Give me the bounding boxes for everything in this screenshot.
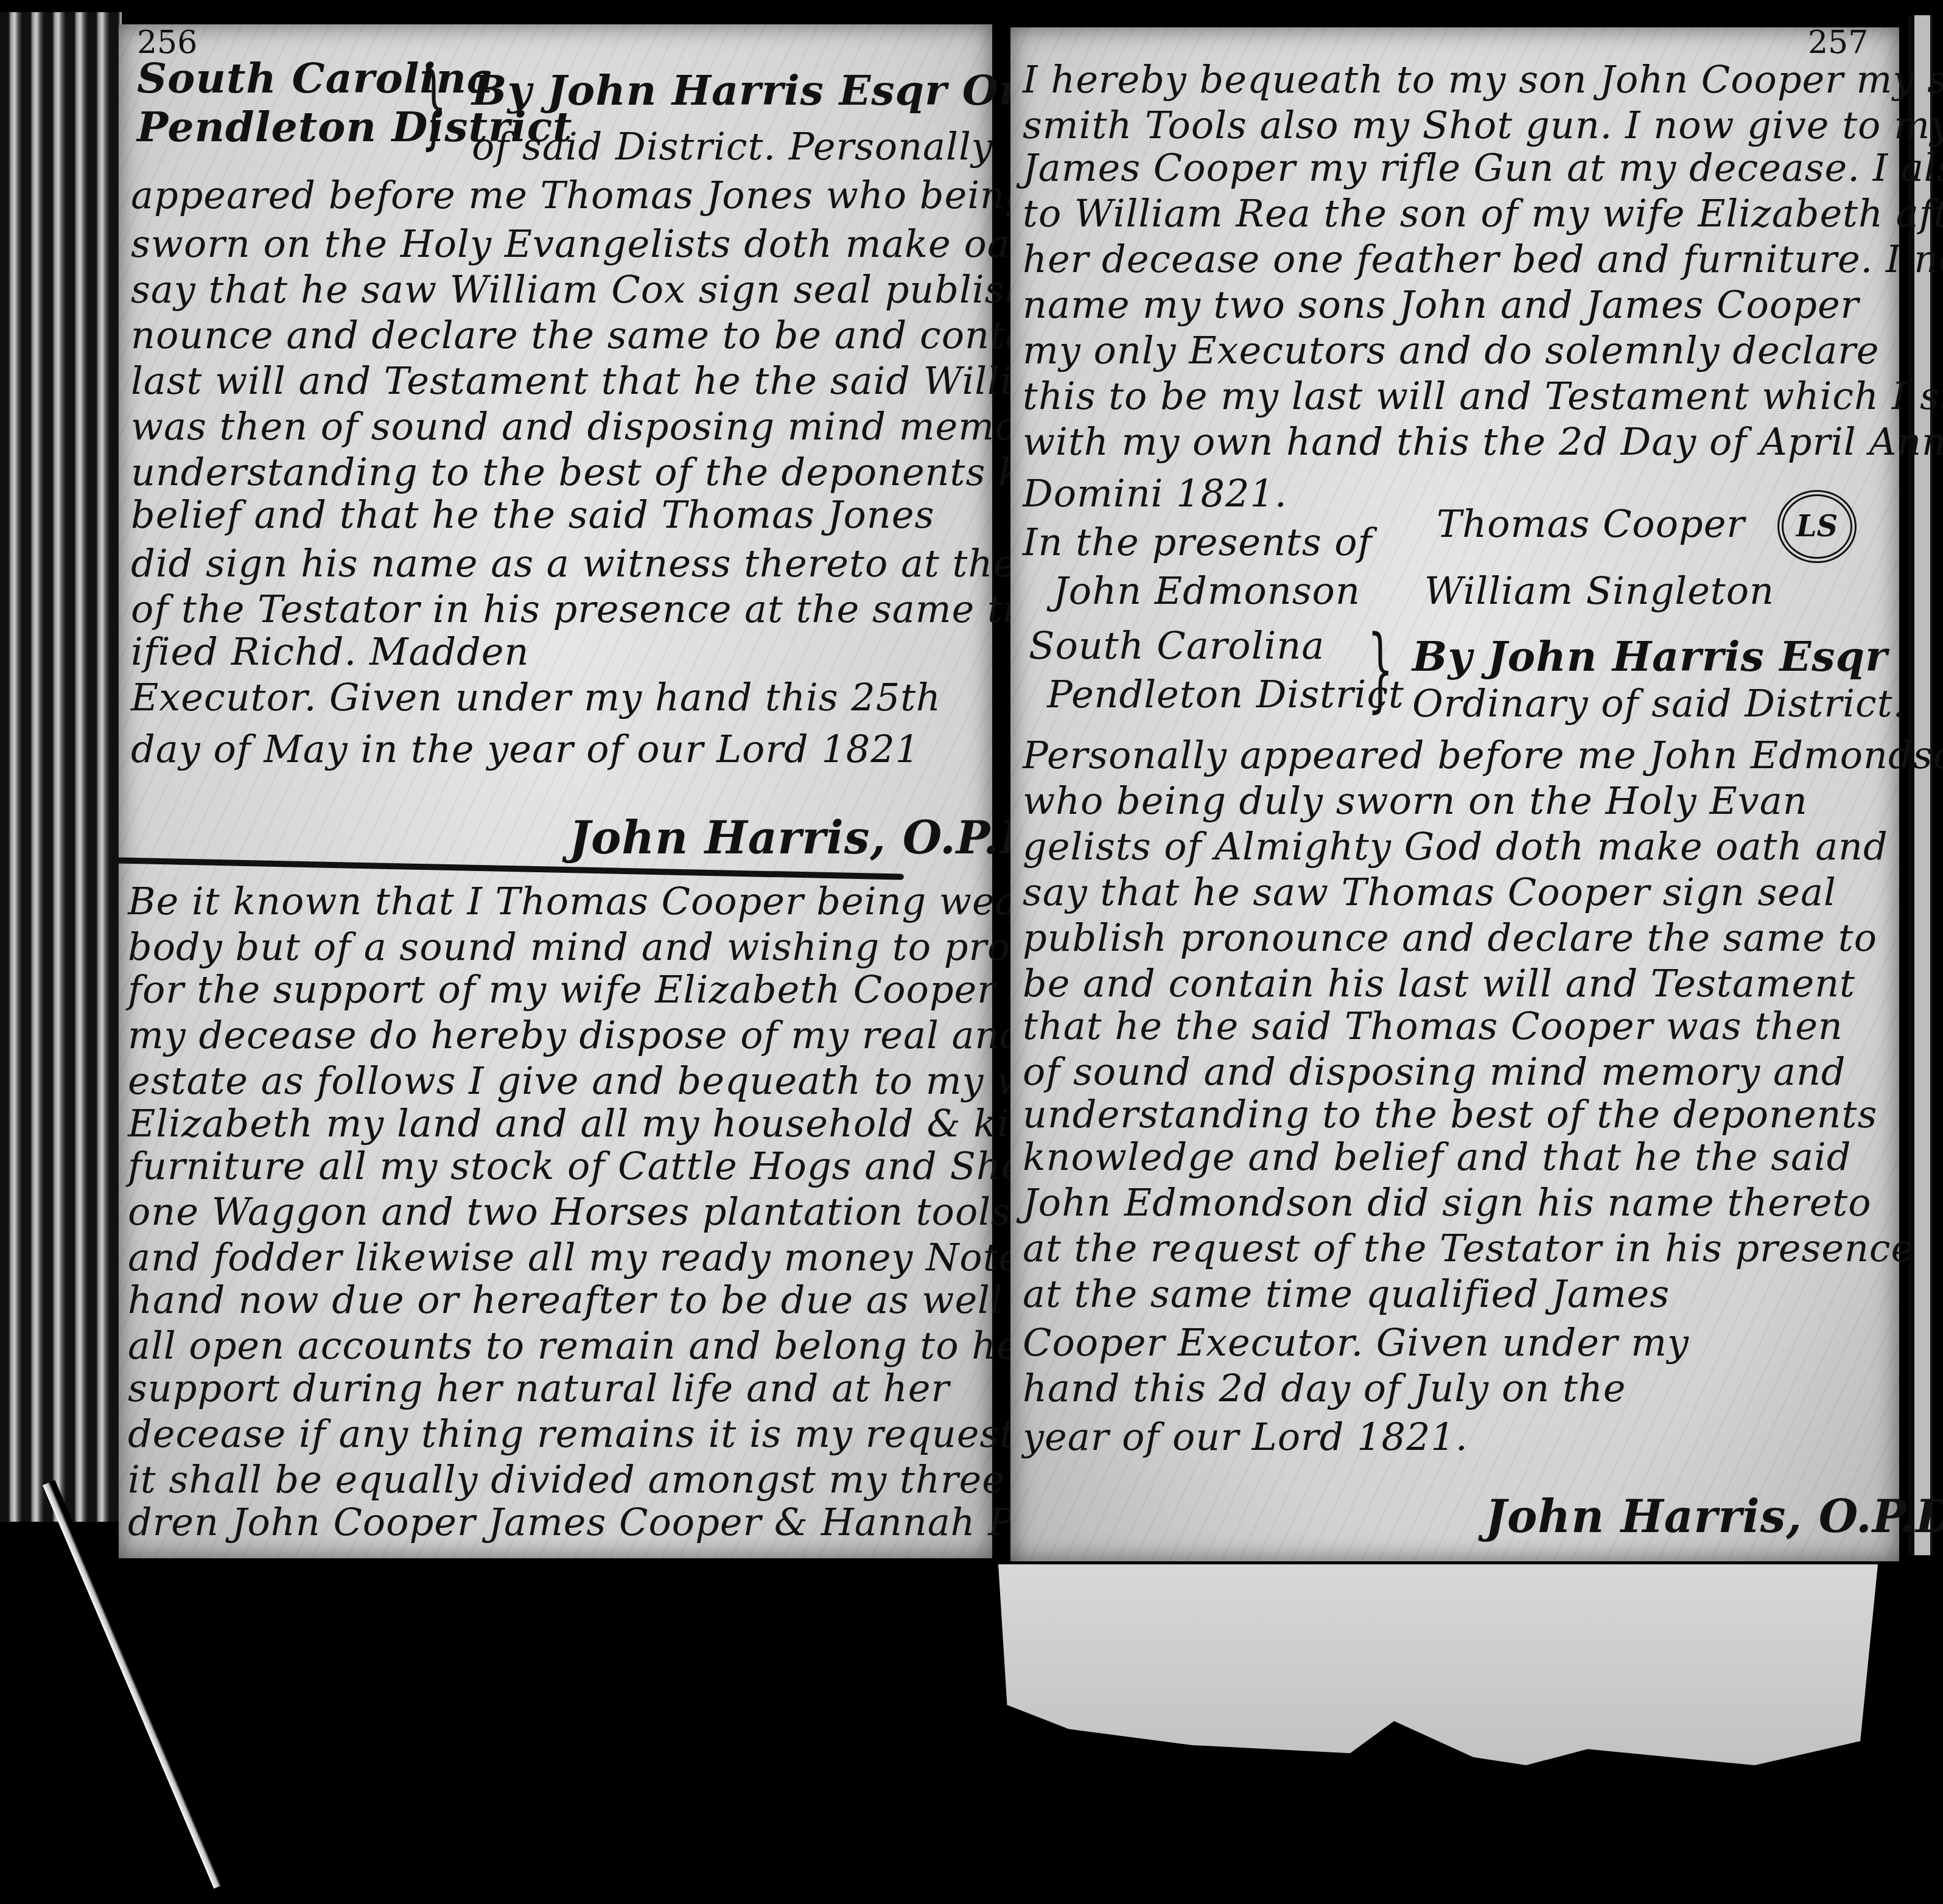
- text-line: Executor. Given under my hand this 25th: [131, 679, 941, 716]
- text-line: appeared before me Thomas Jones who bein…: [131, 177, 1127, 214]
- text-line: body but of a sound mind and wishing to …: [128, 928, 1093, 966]
- paper-slip: [998, 1564, 1878, 1765]
- text-line: ified Richd. Madden: [131, 633, 529, 671]
- text-line: at the request of the Testator in his pr…: [1023, 1230, 1914, 1267]
- heading-of-district: of said District. Personally: [472, 128, 993, 166]
- wax-seal-icon: LS: [1777, 490, 1857, 563]
- text-line: smith Tools also my Shot gun. I now give…: [1023, 107, 1943, 144]
- text-line: understanding to the best of the deponen…: [1023, 1096, 1877, 1133]
- left-page: 256 South Carolina Pendleton District } …: [119, 24, 992, 1558]
- brace-icon: }: [1367, 624, 1393, 715]
- text-line: furniture all my stock of Cattle Hogs an…: [128, 1147, 1072, 1185]
- text-line: one Waggon and two Horses plantation too…: [128, 1193, 1120, 1231]
- heading-of-district: Ordinary of said District.: [1412, 685, 1905, 723]
- witness-name: William Singleton: [1424, 572, 1774, 610]
- text-line: belief and that he the said Thomas Jones: [131, 496, 934, 534]
- text-line: Domini 1821.: [1023, 475, 1287, 513]
- brace-icon: }: [421, 61, 447, 152]
- text-line: my only Executors and do solemnly declar…: [1023, 332, 1880, 369]
- text-line: Be it known that I Thomas Cooper being w…: [128, 883, 1092, 920]
- text-line: Personally appeared before me John Edmon…: [1023, 737, 1943, 774]
- text-line: dren John Cooper James Cooper & Hannah P…: [128, 1503, 1094, 1541]
- text-line: Elizabeth my land and all my household &…: [128, 1105, 1120, 1143]
- text-line: James Cooper my rifle Gun at my decease.…: [1023, 149, 1943, 187]
- text-line: it shall be equally divided amongst my t…: [128, 1461, 1090, 1499]
- heading-state: South Carolina: [1029, 627, 1325, 665]
- text-line: hand this 2d day of July on the: [1023, 1370, 1626, 1407]
- heading-by-ordinary: By John Harris Esqr: [1412, 636, 1888, 677]
- page-number: 257: [1808, 24, 1868, 61]
- text-line: with my own hand this the 2d Day of Apri…: [1023, 423, 1943, 461]
- text-line: hand now due or hereafter to be due as w…: [128, 1281, 1059, 1319]
- text-line: knowledge and belief and that he the sai…: [1023, 1138, 1851, 1176]
- text-line: publish pronounce and declare the same t…: [1023, 919, 1877, 957]
- text-line: was then of sound and disposing mind mem…: [131, 408, 1144, 446]
- text-line: last will and Testament that he the said…: [131, 362, 1160, 400]
- text-line: who being duly sworn on the Holy Evan: [1023, 782, 1808, 820]
- text-line: her decease one feather bed and furnitur…: [1023, 240, 1943, 278]
- heading-district: Pendleton District: [1047, 676, 1404, 713]
- text-line: year of our Lord 1821.: [1023, 1418, 1468, 1456]
- ordinary-signature: John Harris, O.P.D: [569, 816, 1039, 861]
- text-line: gelists of Almighty God doth make oath a…: [1023, 828, 1888, 866]
- ordinary-signature: John Harris, O.P.D: [1485, 1494, 1943, 1539]
- text-line: day of May in the year of our Lord 1821: [131, 730, 920, 768]
- book-page-edges: [0, 12, 122, 1522]
- witness-name: John Edmonson: [1053, 572, 1360, 610]
- text-line: be and contain his last will and Testame…: [1023, 965, 1855, 1003]
- text-line: sworn on the Holy Evangelists doth make …: [131, 225, 1136, 263]
- text-line: say that he saw William Cox sign seal pu…: [131, 271, 1109, 309]
- text-line: support during her natural life and at h…: [128, 1370, 950, 1407]
- text-line: name my two sons John and James Cooper: [1023, 286, 1859, 324]
- testator-signature: Thomas Cooper: [1437, 505, 1745, 543]
- text-line: Cooper Executor. Given under my: [1023, 1324, 1689, 1362]
- text-line: I hereby bequeath to my son John Cooper …: [1023, 61, 1943, 99]
- text-line: estate as follows I give and bequeath to…: [128, 1062, 1080, 1100]
- text-line: this to be my last will and Testament wh…: [1023, 377, 1943, 415]
- text-line: at the same time qualified James: [1023, 1275, 1670, 1313]
- right-page: 257 I hereby bequeath to my son John Coo…: [1010, 27, 1899, 1561]
- text-line: to William Rea the son of my wife Elizab…: [1023, 195, 1943, 233]
- text-line: John Edmondson did sign his name thereto: [1023, 1184, 1872, 1222]
- text-line: decease if any thing remains it is my re…: [128, 1415, 1108, 1453]
- text-line: say that he saw Thomas Cooper sign seal: [1023, 873, 1836, 911]
- text-line: for the support of my wife Elizabeth Coo…: [128, 971, 1104, 1009]
- text-line: of sound and disposing mind memory and: [1023, 1053, 1846, 1091]
- witness-intro: In the presents of: [1023, 523, 1373, 561]
- text-line: all open accounts to remain and belong t…: [128, 1327, 1107, 1365]
- text-line: that he the said Thomas Cooper was then: [1023, 1007, 1843, 1045]
- text-line: and fodder likewise all my ready money N…: [128, 1239, 1092, 1276]
- text-line: nounce and declare the same to be and co…: [131, 317, 1136, 354]
